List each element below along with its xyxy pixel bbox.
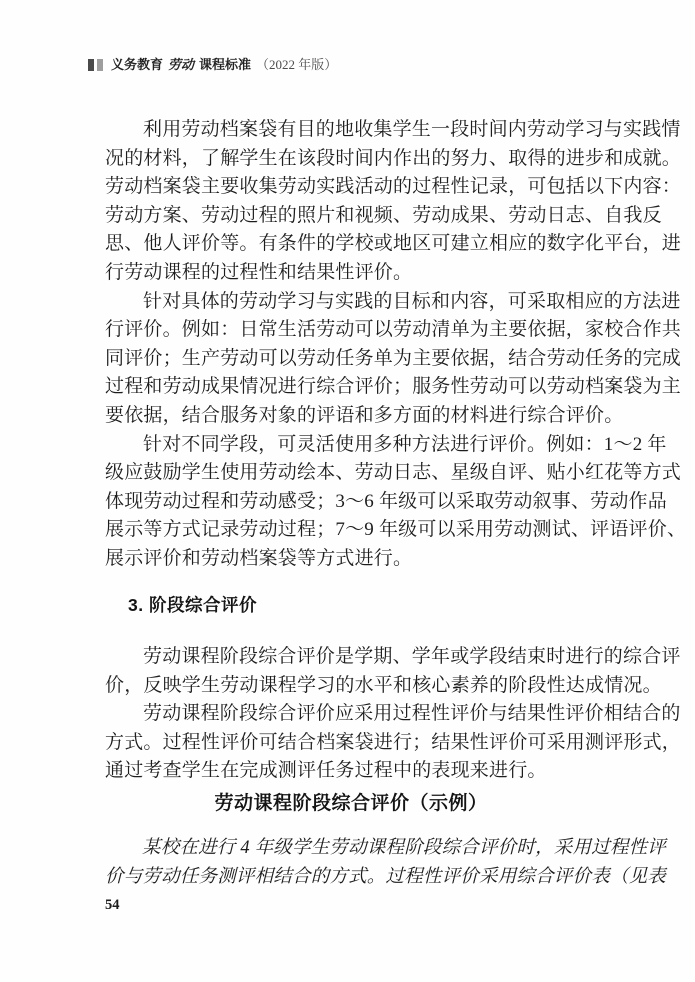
example-heading: 劳动课程阶段综合评价（示例） (105, 788, 597, 815)
example-paragraph-block: 某校在进行 4 年级学生劳动课程阶段综合评价时，采用过程性评价与劳动任务测评相结… (105, 834, 597, 892)
text-line: 思、他人评价等。有条件的学校或地区可建立相应的数字化平台，进 (105, 230, 597, 259)
header-edition-label: （2022 年版） (256, 57, 337, 73)
text-line: 通过考查学生在完成测评任务过程中的表现来进行。 (105, 757, 597, 786)
text-line: 要依据，结合服务对象的评语和多方面的材料进行综合评价。 (105, 402, 597, 431)
text-line: 劳动方案、劳动过程的照片和视频、劳动成果、劳动日志、自我反 (105, 202, 597, 231)
series-marker-dark-icon (88, 59, 94, 71)
text-line: 针对具体的劳动学习与实践的目标和内容，可采取相应的方法进 (105, 288, 597, 317)
section-heading-stage-evaluation: 3. 阶段综合评价 (128, 592, 257, 617)
text-line: 劳动课程阶段综合评价是学期、学年或学段结束时进行的综合评 (105, 643, 597, 672)
body-text-block-2: 劳动课程阶段综合评价是学期、学年或学段结束时进行的综合评价，反映学生劳动课程学习… (105, 643, 597, 786)
text-line: 价与劳动任务测评相结合的方式。过程性评价采用综合评价表（见表 (105, 863, 597, 892)
header-series-label: 义务教育 (111, 57, 163, 73)
paragraph-stage-method: 劳动课程阶段综合评价应采用过程性评价与结果性评价相结合的方式。过程性评价可结合档… (105, 700, 597, 786)
paragraph-stage-definition: 劳动课程阶段综合评价是学期、学年或学段结束时进行的综合评价，反映学生劳动课程学习… (105, 643, 597, 700)
text-line: 劳动课程阶段综合评价应采用过程性评价与结果性评价相结合的 (105, 700, 597, 729)
body-text-block-1: 利用劳动档案袋有目的地收集学生一段时间内劳动学习与实践情况的材料，了解学生在该段… (105, 116, 597, 574)
text-line: 价，反映学生劳动课程学习的水平和核心素养的阶段性达成情况。 (105, 672, 597, 701)
text-line: 劳动档案袋主要收集劳动实践活动的过程性记录，可包括以下内容： (105, 173, 597, 202)
text-line: 展示等方式记录劳动过程；7～9 年级可以采用劳动测试、评语评价、 (105, 516, 597, 545)
series-marker-light-icon (97, 59, 103, 71)
text-line: 行评价。例如：日常生活劳动可以劳动清单为主要依据，家校合作共 (105, 316, 597, 345)
header-standard-label: 课程标准 (199, 57, 251, 73)
document-page: 义务教育 劳动 课程标准 （2022 年版） 利用劳动档案袋有目的地收集学生一段… (0, 0, 695, 982)
text-line: 针对不同学段，可灵活使用多种方法进行评价。例如：1～2 年 (105, 431, 597, 460)
text-line: 利用劳动档案袋有目的地收集学生一段时间内劳动学习与实践情 (105, 116, 597, 145)
text-line: 过程和劳动成果情况进行综合评价；服务性劳动可以劳动档案袋为主 (105, 373, 597, 402)
running-header: 义务教育 劳动 课程标准 （2022 年版） (88, 57, 337, 73)
text-line: 况的材料，了解学生在该段时间内作出的努力、取得的进步和成就。 (105, 145, 597, 174)
page-number: 54 (105, 897, 120, 914)
text-line: 同评价；生产劳动可以劳动任务单为主要依据，结合劳动任务的完成 (105, 345, 597, 374)
paragraph-example-school: 某校在进行 4 年级学生劳动课程阶段综合评价时，采用过程性评价与劳动任务测评相结… (105, 834, 597, 892)
paragraph-method-by-content: 针对具体的劳动学习与实践的目标和内容，可采取相应的方法进行评价。例如：日常生活劳… (105, 288, 597, 431)
text-line: 级应鼓励学生使用劳动绘本、劳动日志、星级自评、贴小红花等方式 (105, 459, 597, 488)
text-line: 行劳动课程的过程性和结果性评价。 (105, 259, 597, 288)
text-line: 展示评价和劳动档案袋等方式进行。 (105, 545, 597, 574)
paragraph-archive-collect: 利用劳动档案袋有目的地收集学生一段时间内劳动学习与实践情况的材料，了解学生在该段… (105, 116, 597, 288)
header-subject-label: 劳动 (168, 57, 194, 73)
text-line: 方式。过程性评价可结合档案袋进行；结果性评价可采用测评形式， (105, 729, 597, 758)
text-line: 体现劳动过程和劳动感受；3～6 年级可以采取劳动叙事、劳动作品 (105, 488, 597, 517)
paragraph-method-by-grade: 针对不同学段，可灵活使用多种方法进行评价。例如：1～2 年级应鼓励学生使用劳动绘… (105, 431, 597, 574)
text-line: 某校在进行 4 年级学生劳动课程阶段综合评价时，采用过程性评 (105, 834, 597, 863)
